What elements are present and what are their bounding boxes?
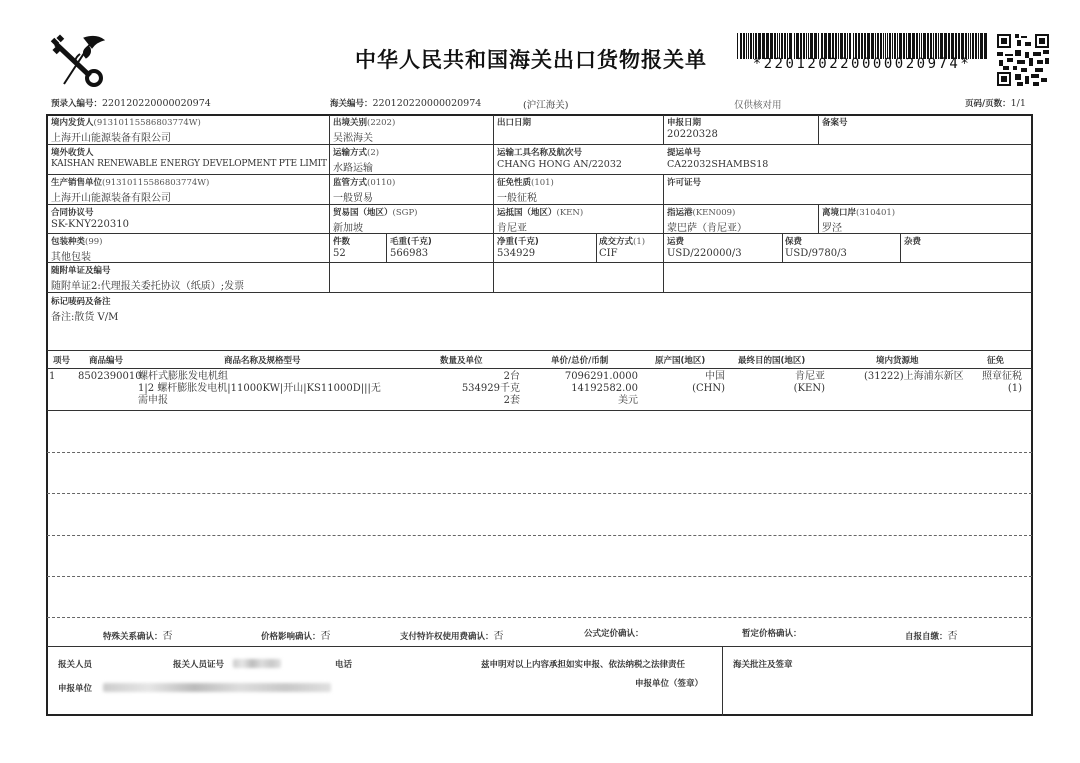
producer-seller-label: 生产销售单位(91310115586803774W) xyxy=(51,176,209,188)
special-relation-confirm: 特殊关系确认：否 xyxy=(103,627,173,642)
price-influence-confirm: 价格影响确认：否 xyxy=(261,627,331,642)
pre-entry-number: 预录入编号：220120220000020974 xyxy=(51,97,211,109)
col-header-price: 单价/总价/币制 xyxy=(551,354,608,366)
item-currency: 美元 xyxy=(540,395,638,407)
customs-number: 海关编号：220120220000020974 xyxy=(330,97,481,109)
item-final-destination: 肯尼亚 xyxy=(745,371,825,383)
license-no-label: 许可证号 xyxy=(667,176,701,188)
insurance-value: USD/9780/3 xyxy=(785,248,847,259)
marks-remarks-label: 标记唛码及备注 xyxy=(51,295,111,307)
attached-docs-value: 随附单证2:代理报关委托协议（纸质）;发票 xyxy=(51,277,244,292)
package-type-value: 其他包装 xyxy=(51,248,91,263)
col-header-item-no: 项号 xyxy=(53,354,70,366)
customs-endorsement-label: 海关批注及签章 xyxy=(733,658,793,670)
marks-remarks-value: 备注:散货 V/M xyxy=(51,308,118,323)
col-header-goods-name: 商品名称及规格型号 xyxy=(224,354,301,366)
exit-customs-label: 出境关别(2202) xyxy=(333,116,395,128)
page-title: 中华人民共和国海关出口货物报关单 xyxy=(355,44,707,74)
supervision-mode-value: 一般贸易 xyxy=(333,189,373,204)
self-declare-pay-confirm: 自报自缴：否 xyxy=(905,627,958,642)
barcode-text: *220120220000020974* xyxy=(737,56,987,72)
domestic-shipper-label: 境内发货人(91310115586803774W) xyxy=(51,116,201,128)
qr-code-icon xyxy=(997,34,1049,86)
net-weight-label: 净重(千克) xyxy=(497,235,539,247)
gross-weight-label: 毛重(千克) xyxy=(390,235,432,247)
domestic-shipper-value: 上海开山能源装备有限公司 xyxy=(51,129,171,144)
declaration-statement: 兹申明对以上内容承担如实申报、依法纳税之法律责任 xyxy=(481,658,685,670)
destination-country-value: 肯尼亚 xyxy=(497,219,527,234)
supervision-mode-label: 监管方式(0110) xyxy=(333,176,395,188)
item-tax-mode: 照章征税 xyxy=(960,371,1022,383)
producer-seller-value: 上海开山能源装备有限公司 xyxy=(51,189,171,204)
customs-office: (沪江海关) xyxy=(523,97,568,111)
tax-nature-label: 征免性质(101) xyxy=(497,176,554,188)
overseas-consignee-label: 境外收货人 xyxy=(51,146,94,158)
contract-no-value: SK-KNY220310 xyxy=(51,219,129,230)
col-header-hs-code: 商品编号 xyxy=(89,354,123,366)
item-no: 1 xyxy=(49,371,55,383)
col-header-tax-mode: 征免 xyxy=(987,354,1004,366)
declarant-label: 申报单位 xyxy=(58,682,92,694)
phone-label: 电话 xyxy=(335,658,352,670)
destination-port-label: 指运港(KEN009) xyxy=(667,206,735,218)
insurance-label: 保费 xyxy=(785,235,802,247)
royalty-payment-confirm: 支付特许权使用费确认：否 xyxy=(400,627,504,642)
destination-port-value: 蒙巴萨（肯尼亚） xyxy=(667,219,747,234)
net-weight-value: 534929 xyxy=(497,248,535,259)
page-indicator: 页码/页数：1/1 xyxy=(965,97,1026,109)
col-header-origin: 原产国(地区) xyxy=(655,354,705,366)
item-total-price: 14192582.00 xyxy=(540,383,638,395)
item-final-destination-code: (KEN) xyxy=(745,383,825,395)
transaction-mode-label: 成交方式(1) xyxy=(599,235,645,247)
exit-customs-value: 吴淞海关 xyxy=(333,129,373,144)
col-header-source: 境内货源地 xyxy=(876,354,919,366)
declare-date-value: 20220328 xyxy=(667,129,718,140)
item-hs-code: 8502390010 xyxy=(78,371,142,383)
exit-port-value: 罗泾 xyxy=(822,219,842,234)
redacted-broker-cert xyxy=(233,659,281,668)
item-qty-1: 2台 xyxy=(440,371,520,383)
item-tax-code: (1) xyxy=(960,383,1022,395)
declare-date-label: 申报日期 xyxy=(667,116,701,128)
item-source: (31222)上海浦东新区 xyxy=(864,371,964,383)
package-type-label: 包装种类(99) xyxy=(51,235,102,247)
watermark-note: 仅供核对用 xyxy=(734,97,782,111)
col-header-final-destination: 最终目的国(地区) xyxy=(738,354,805,366)
misc-fee-label: 杂费 xyxy=(904,235,921,247)
transaction-mode-value: CIF xyxy=(599,248,618,259)
trade-country-value: 新加坡 xyxy=(333,219,363,234)
overseas-consignee-value: KAISHAN RENEWABLE ENERGY DEVELOPMENT PTE… xyxy=(51,159,327,169)
export-date-label: 出口日期 xyxy=(497,116,531,128)
bill-of-lading-label: 提运单号 xyxy=(667,146,701,158)
item-origin-code: (CHN) xyxy=(650,383,725,395)
formula-pricing-confirm: 公式定价确认： xyxy=(584,627,644,639)
item-name-line1: 螺杆式膨胀发电机组 xyxy=(138,371,228,383)
vessel-voyage-label: 运输工具名称及航次号 xyxy=(497,146,582,158)
gross-weight-value: 566983 xyxy=(390,248,428,259)
col-header-quantity: 数量及单位 xyxy=(440,354,483,366)
pieces-value: 52 xyxy=(333,248,346,259)
bill-of-lading-value: CA22032SHAMBS18 xyxy=(667,159,768,170)
transport-mode-value: 水路运输 xyxy=(333,159,373,174)
contract-no-label: 合同协议号 xyxy=(51,206,94,218)
vessel-voyage-value: CHANG HONG AN/22032 xyxy=(497,159,622,170)
attached-docs-label: 随附单证及编号 xyxy=(51,264,111,276)
record-no-label: 备案号 xyxy=(822,116,848,128)
item-unit-price: 7096291.0000 xyxy=(540,371,638,383)
customs-emblem-icon xyxy=(50,34,110,90)
provisional-price-confirm: 暂定价格确认： xyxy=(742,627,802,639)
pieces-label: 件数 xyxy=(333,235,350,247)
declarant-seal-label: 申报单位（签章） xyxy=(635,677,703,689)
broker-label: 报关人员 xyxy=(58,658,92,670)
item-qty-3: 2套 xyxy=(440,395,520,407)
destination-country-label: 运抵国（地区）(KEN) xyxy=(497,206,583,218)
broker-cert-label: 报关人员证号 xyxy=(173,658,224,670)
transport-mode-label: 运输方式(2) xyxy=(333,146,379,158)
freight-value: USD/220000/3 xyxy=(667,248,742,259)
tax-nature-value: 一般征税 xyxy=(497,189,537,204)
exit-port-label: 离境口岸(310401) xyxy=(822,206,895,218)
item-origin: 中国 xyxy=(650,371,725,383)
redacted-declarant xyxy=(103,683,331,692)
item-name-line3: 需申报 xyxy=(138,395,168,407)
freight-label: 运费 xyxy=(667,235,684,247)
item-name-line2: 1|2 螺杆膨胀发电机|11000KW|开山|KS11000D|||无 xyxy=(138,383,381,395)
trade-country-label: 贸易国（地区）(SGP) xyxy=(333,206,417,218)
item-qty-2: 534929千克 xyxy=(440,383,520,395)
